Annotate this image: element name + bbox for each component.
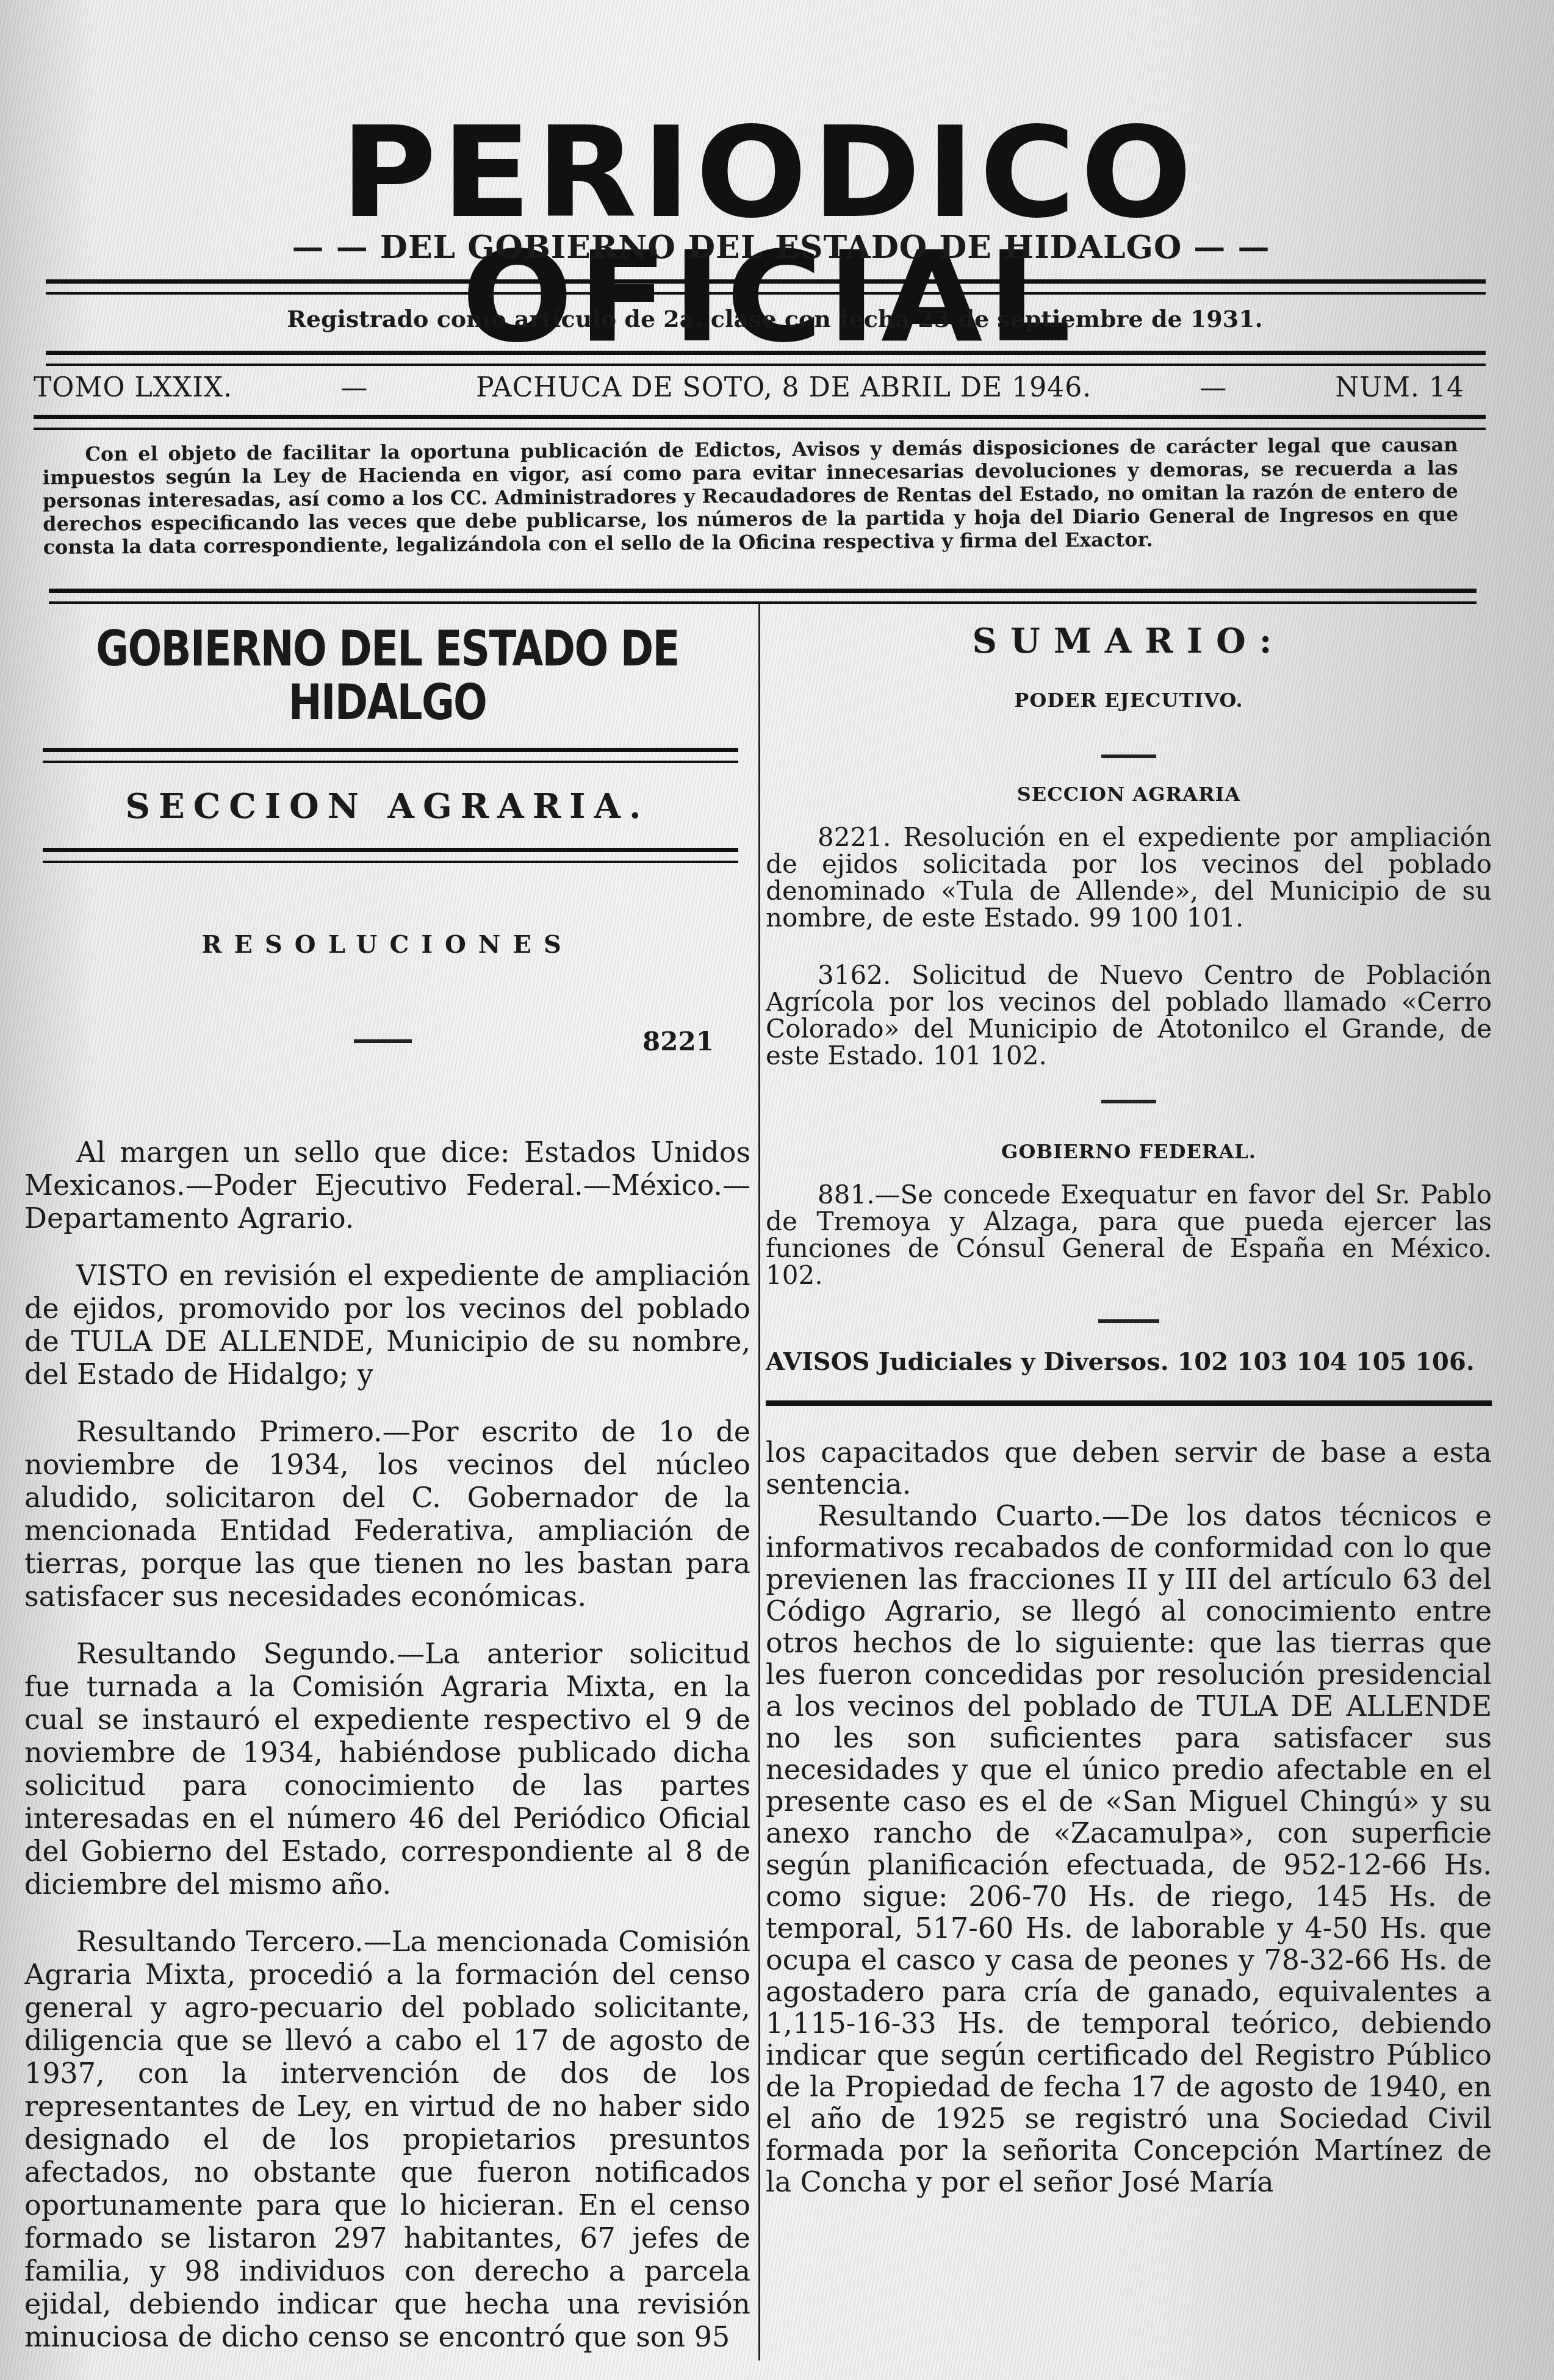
sumario-end-divider [766, 1400, 1492, 1406]
masthead-subtitle: — — DEL GOBIERNO DEL ESTADO DE HIDALGO —… [256, 229, 1306, 266]
poder-ejecutivo-heading: PODER EJECUTIVO. [766, 689, 1492, 712]
registration-line: Registrado como artículo de 2a. clase co… [220, 305, 1330, 332]
resolution-marker: 8221 [24, 1026, 750, 1056]
separator: — [340, 372, 368, 403]
masthead-divider [46, 279, 1486, 295]
paragraph-resultando-tercero: Resultando Tercero.—La mencionada Comisi… [24, 1925, 750, 2353]
sumario-item: 8221. Resolución en el expediente por am… [766, 824, 1492, 931]
notice-divider [49, 589, 1477, 604]
short-rule [1101, 1100, 1156, 1103]
newspaper-page: PERIODICO OFICIAL — — DEL GOBIERNO DEL E… [0, 0, 1554, 2380]
sumario-item: 3162. Solicitud de Nuevo Centro de Pobla… [766, 962, 1492, 1069]
paragraph-visto: VISTO en revisión el expediente de ampli… [24, 1259, 750, 1391]
section-divider [43, 848, 738, 863]
sumario-heading: SUMARIO: [766, 621, 1492, 661]
right-column: SUMARIO: PODER EJECUTIVO. SECCION AGRARI… [766, 616, 1492, 2198]
paragraph-resultando-primero: Resultando Primero.—Por escrito de 1o de… [24, 1415, 750, 1613]
left-column: GOBIERNO DEL ESTADO DE HIDALGO SECCION A… [24, 616, 750, 2378]
gobierno-federal-heading: GOBIERNO FEDERAL. [766, 1140, 1492, 1163]
column-divider [758, 604, 760, 2360]
issue-number: NUM. 14 [1335, 372, 1464, 403]
sumario-item-federal: 881.—Se concede Exequatur en favor del S… [766, 1181, 1492, 1289]
short-rule [1098, 1319, 1159, 1323]
place-date: PACHUCA DE SOTO, 8 DE ABRIL DE 1946. [476, 372, 1092, 403]
tomo: TOMO LXXIX. [34, 372, 232, 403]
paragraph-resultando-cuarto: Resultando Cuarto.—De los datos técnicos… [766, 1500, 1492, 2198]
issue-line: TOMO LXXIX. — PACHUCA DE SOTO, 8 DE ABRI… [34, 372, 1464, 403]
gobierno-heading: GOBIERNO DEL ESTADO DE HIDALGO [90, 622, 685, 729]
seccion-agraria-subheading: SECCION AGRARIA [766, 783, 1492, 806]
seccion-agraria-heading: SECCION AGRARIA. [24, 786, 750, 826]
continuation-paragraph: los capacitados que deben servir de base… [766, 1436, 1492, 1500]
publication-notice: Con el objeto de facilitar la oportuna p… [42, 433, 1458, 559]
paragraph-sello: Al margen un sello que dice: Estados Uni… [24, 1136, 750, 1235]
registration-divider [46, 351, 1486, 366]
heading-divider [43, 748, 738, 763]
issue-divider [34, 415, 1486, 430]
avisos-line: AVISOS Judiciales y Diversos. 102 103 10… [766, 1347, 1492, 1376]
short-rule [1101, 755, 1156, 758]
paragraph-resultando-segundo: Resultando Segundo.—La anterior solicitu… [24, 1637, 750, 1901]
resolution-number: 8221 [642, 1027, 714, 1056]
separator: — [1200, 372, 1227, 403]
resoluciones-heading: RESOLUCIONES [24, 930, 750, 959]
short-dash [354, 1039, 412, 1043]
